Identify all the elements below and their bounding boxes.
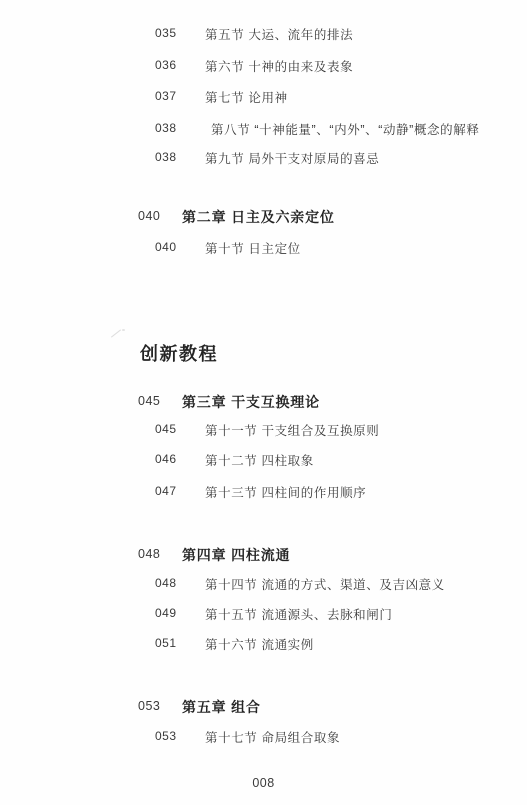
entry-page-number: 053 — [155, 729, 177, 743]
toc-entry: 040 第十节 日主定位 — [0, 239, 527, 257]
entry-page-number: 038 — [155, 150, 177, 164]
entry-title: 第十二节 四柱取象 — [205, 451, 314, 469]
entry-title: 第十一节 干支组合及互换原则 — [205, 421, 379, 439]
entry-page-number: 040 — [138, 209, 160, 223]
chapter-title: 第二章 日主及六亲定位 — [182, 207, 335, 227]
entry-title: 第七节 论用神 — [205, 88, 288, 106]
folio-page-number: 008 — [0, 776, 527, 790]
entry-page-number: 045 — [138, 394, 160, 408]
toc-entry: 053 第十七节 命局组合取象 — [0, 728, 527, 746]
toc-chapter-entry: 040 第二章 日主及六亲定位 — [0, 207, 527, 225]
entry-title: 第十节 日主定位 — [205, 239, 301, 257]
entry-page-number: 038 — [155, 121, 177, 135]
entry-page-number: 048 — [155, 576, 177, 590]
entry-title: 第十四节 流通的方式、渠道、及吉凶意义 — [205, 575, 445, 593]
part-heading: 创新教程 — [140, 340, 218, 366]
entry-page-number: 048 — [138, 547, 160, 561]
entry-title: 第十七节 命局组合取象 — [205, 728, 340, 746]
entry-title: 第六节 十神的由来及表象 — [205, 57, 353, 75]
entry-page-number: 053 — [138, 699, 160, 713]
toc-entry: 051 第十六节 流通实例 — [0, 635, 527, 653]
entry-page-number: 047 — [155, 484, 177, 498]
toc-chapter-entry: 045 第三章 干支互换理论 — [0, 392, 527, 410]
entry-title: 第十五节 流通源头、去脉和闸门 — [205, 605, 392, 623]
entry-page-number: 051 — [155, 636, 177, 650]
entry-page-number: 037 — [155, 89, 177, 103]
entry-title: 第十六节 流通实例 — [205, 635, 314, 653]
entry-title: 第五节 大运、流年的排法 — [205, 25, 353, 43]
toc-chapter-entry: 053 第五章 组合 — [0, 697, 527, 715]
entry-page-number: 040 — [155, 240, 177, 254]
entry-page-number: 046 — [155, 452, 177, 466]
entry-title: 第八节 “十神能量”、“内外”、“动静”概念的解释 — [211, 120, 479, 138]
toc-entry: 046 第十二节 四柱取象 — [0, 451, 527, 469]
toc-entry: 045 第十一节 干支组合及互换原则 — [0, 421, 527, 439]
toc-entry: 048 第十四节 流通的方式、渠道、及吉凶意义 — [0, 575, 527, 593]
toc-chapter-entry: 048 第四章 四柱流通 — [0, 545, 527, 563]
toc-entry: 036 第六节 十神的由来及表象 — [0, 57, 527, 75]
chapter-title: 第四章 四柱流通 — [182, 545, 290, 565]
entry-page-number: 045 — [155, 422, 177, 436]
toc-entry: 047 第十三节 四柱间的作用顺序 — [0, 483, 527, 501]
chapter-title: 第五章 组合 — [182, 697, 261, 717]
entry-page-number: 035 — [155, 26, 177, 40]
toc-entry: 038 第九节 局外干支对原局的喜忌 — [0, 149, 527, 167]
toc-entry: 035 第五节 大运、流年的排法 — [0, 25, 527, 43]
entry-page-number: 036 — [155, 58, 177, 72]
toc-entry: 038 第八节 “十神能量”、“内外”、“动静”概念的解释 — [0, 120, 527, 138]
entry-page-number: 049 — [155, 606, 177, 620]
scan-artifact — [111, 329, 121, 337]
toc-entry: 049 第十五节 流通源头、去脉和闸门 — [0, 605, 527, 623]
toc-entry: 037 第七节 论用神 — [0, 88, 527, 106]
toc-page: 035 第五节 大运、流年的排法 036 第六节 十神的由来及表象 037 第七… — [0, 0, 527, 805]
scan-artifact — [122, 329, 125, 331]
chapter-title: 第三章 干支互换理论 — [182, 392, 320, 412]
entry-title: 第十三节 四柱间的作用顺序 — [205, 483, 366, 501]
entry-title: 第九节 局外干支对原局的喜忌 — [205, 149, 379, 167]
